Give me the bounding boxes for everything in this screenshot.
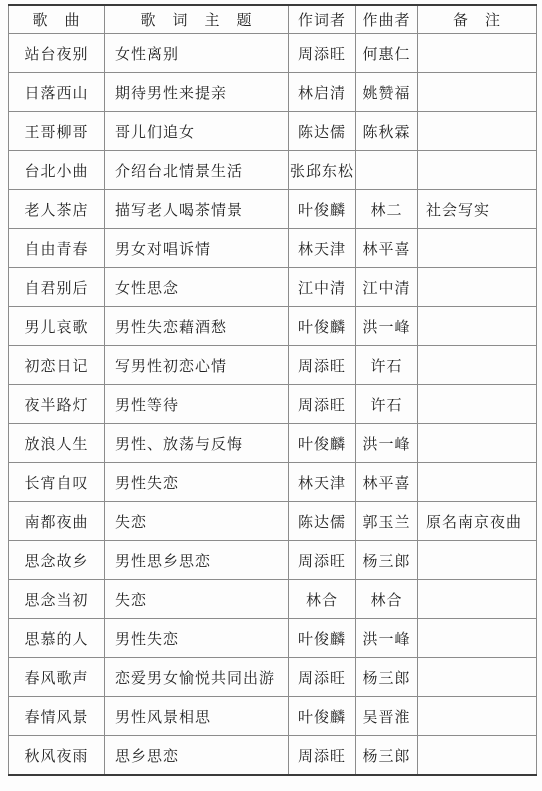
table-cell: 张邱东松 xyxy=(289,151,356,190)
table-cell: 林启清 xyxy=(289,73,356,112)
table-cell: 台北小曲 xyxy=(9,151,105,190)
table-cell: 日落西山 xyxy=(9,73,105,112)
table-cell: 男性等待 xyxy=(105,385,289,424)
table-cell: 南都夜曲 xyxy=(9,502,105,541)
table-cell: 洪一峰 xyxy=(356,619,418,658)
table-row: 台北小曲介绍台北情景生活张邱东松 xyxy=(9,151,537,190)
table-cell: 女性思念 xyxy=(105,268,289,307)
table-cell: 介绍台北情景生活 xyxy=(105,151,289,190)
table-cell: 期待男性来提亲 xyxy=(105,73,289,112)
table-cell xyxy=(418,736,537,776)
table-cell: 男性失恋 xyxy=(105,619,289,658)
table-cell: 男性风景相思 xyxy=(105,697,289,736)
table-cell: 周添旺 xyxy=(289,346,356,385)
table-row: 思念当初失恋林合林合 xyxy=(9,580,537,619)
table-row: 南都夜曲失恋陈达儒郭玉兰原名南京夜曲 xyxy=(9,502,537,541)
table-row: 站台夜别女性离别周添旺何惠仁 xyxy=(9,34,537,73)
table-cell: 失恋 xyxy=(105,502,289,541)
table-row: 自君别后女性思念江中清江中清 xyxy=(9,268,537,307)
table-cell: 林天津 xyxy=(289,229,356,268)
table-cell: 林二 xyxy=(356,190,418,229)
table-cell: 林天津 xyxy=(289,463,356,502)
table-cell: 林合 xyxy=(356,580,418,619)
table-row: 王哥柳哥哥儿们追女陈达儒陈秋霖 xyxy=(9,112,537,151)
table-cell: 自君别后 xyxy=(9,268,105,307)
table-cell: 林平喜 xyxy=(356,229,418,268)
table-cell: 失恋 xyxy=(105,580,289,619)
table-cell xyxy=(418,112,537,151)
table-cell: 叶俊麟 xyxy=(289,307,356,346)
table-cell: 男性、放荡与反悔 xyxy=(105,424,289,463)
table-cell: 洪一峰 xyxy=(356,307,418,346)
table-cell xyxy=(418,307,537,346)
table-cell xyxy=(418,619,537,658)
table-cell: 洪一峰 xyxy=(356,424,418,463)
header-row: 歌 曲歌 词 主 题作词者作曲者备 注 xyxy=(9,5,537,34)
table-row: 思慕的人男性失恋叶俊麟洪一峰 xyxy=(9,619,537,658)
column-header: 作曲者 xyxy=(356,5,418,34)
table-row: 老人茶店描写老人喝茶情景叶俊麟林二社会写实 xyxy=(9,190,537,229)
table-cell xyxy=(418,463,537,502)
table-cell: 杨三郎 xyxy=(356,736,418,776)
table-cell: 周添旺 xyxy=(289,736,356,776)
table-cell: 陈秋霖 xyxy=(356,112,418,151)
table-cell: 描写老人喝茶情景 xyxy=(105,190,289,229)
table-cell: 老人茶店 xyxy=(9,190,105,229)
column-header: 作词者 xyxy=(289,5,356,34)
table-cell: 站台夜别 xyxy=(9,34,105,73)
table-cell xyxy=(418,658,537,697)
table-cell xyxy=(418,424,537,463)
table-cell: 春情风景 xyxy=(9,697,105,736)
table-cell: 初恋日记 xyxy=(9,346,105,385)
table-cell: 杨三郎 xyxy=(356,658,418,697)
table-cell: 自由青春 xyxy=(9,229,105,268)
table-cell: 杨三郎 xyxy=(356,541,418,580)
table-cell: 男性失恋 xyxy=(105,463,289,502)
table-cell: 春风歌声 xyxy=(9,658,105,697)
table-cell: 许石 xyxy=(356,346,418,385)
table-cell: 江中清 xyxy=(356,268,418,307)
table-cell: 周添旺 xyxy=(289,385,356,424)
column-header: 歌 词 主 题 xyxy=(105,5,289,34)
table-cell: 哥儿们追女 xyxy=(105,112,289,151)
table-cell: 陈达儒 xyxy=(289,502,356,541)
table-row: 春情风景男性风景相思叶俊麟吴晋淮 xyxy=(9,697,537,736)
table-row: 男儿哀歌男性失恋藉酒愁叶俊麟洪一峰 xyxy=(9,307,537,346)
table-cell xyxy=(418,580,537,619)
column-header: 备 注 xyxy=(418,5,537,34)
table-cell: 江中清 xyxy=(289,268,356,307)
table-cell: 姚赞福 xyxy=(356,73,418,112)
table-row: 初恋日记写男性初恋心情周添旺许石 xyxy=(9,346,537,385)
table-row: 春风歌声恋爱男女愉悦共同出游周添旺杨三郎 xyxy=(9,658,537,697)
table-cell: 长宵自叹 xyxy=(9,463,105,502)
table-cell: 男性思乡思恋 xyxy=(105,541,289,580)
table-cell: 陈达儒 xyxy=(289,112,356,151)
table-cell xyxy=(418,73,537,112)
table-row: 自由青春男女对唱诉情林天津林平喜 xyxy=(9,229,537,268)
table-cell: 思念当初 xyxy=(9,580,105,619)
table-cell: 王哥柳哥 xyxy=(9,112,105,151)
table-cell: 林平喜 xyxy=(356,463,418,502)
table-cell xyxy=(418,385,537,424)
table-cell xyxy=(418,346,537,385)
song-table-header: 歌 曲歌 词 主 题作词者作曲者备 注 xyxy=(9,5,537,34)
table-cell: 吴晋淮 xyxy=(356,697,418,736)
table-cell xyxy=(418,697,537,736)
table-cell: 秋风夜雨 xyxy=(9,736,105,776)
table-cell: 放浪人生 xyxy=(9,424,105,463)
table-row: 夜半路灯男性等待周添旺许石 xyxy=(9,385,537,424)
table-cell xyxy=(418,268,537,307)
song-table-body: 站台夜别女性离别周添旺何惠仁日落西山期待男性来提亲林启清姚赞福王哥柳哥哥儿们追女… xyxy=(9,34,537,776)
table-cell: 思念故乡 xyxy=(9,541,105,580)
table-cell: 男女对唱诉情 xyxy=(105,229,289,268)
table-cell xyxy=(418,34,537,73)
table-row: 日落西山期待男性来提亲林启清姚赞福 xyxy=(9,73,537,112)
table-cell xyxy=(418,229,537,268)
table-cell: 思乡思恋 xyxy=(105,736,289,776)
table-cell xyxy=(418,151,537,190)
table-cell: 恋爱男女愉悦共同出游 xyxy=(105,658,289,697)
table-cell: 女性离别 xyxy=(105,34,289,73)
table-cell: 男性失恋藉酒愁 xyxy=(105,307,289,346)
table-cell: 许石 xyxy=(356,385,418,424)
table-cell: 林合 xyxy=(289,580,356,619)
song-table: 歌 曲歌 词 主 题作词者作曲者备 注 站台夜别女性离别周添旺何惠仁日落西山期待… xyxy=(8,4,537,776)
table-cell xyxy=(356,151,418,190)
table-cell: 周添旺 xyxy=(289,541,356,580)
table-cell: 原名南京夜曲 xyxy=(418,502,537,541)
table-cell: 叶俊麟 xyxy=(289,697,356,736)
table-cell: 叶俊麟 xyxy=(289,190,356,229)
table-cell: 叶俊麟 xyxy=(289,424,356,463)
table-row: 长宵自叹男性失恋林天津林平喜 xyxy=(9,463,537,502)
table-cell: 思慕的人 xyxy=(9,619,105,658)
table-cell: 叶俊麟 xyxy=(289,619,356,658)
table-row: 思念故乡男性思乡思恋周添旺杨三郎 xyxy=(9,541,537,580)
table-cell: 写男性初恋心情 xyxy=(105,346,289,385)
table-cell xyxy=(418,541,537,580)
table-cell: 郭玉兰 xyxy=(356,502,418,541)
table-cell: 夜半路灯 xyxy=(9,385,105,424)
table-row: 放浪人生男性、放荡与反悔叶俊麟洪一峰 xyxy=(9,424,537,463)
table-cell: 社会写实 xyxy=(418,190,537,229)
document-page: 歌 曲歌 词 主 题作词者作曲者备 注 站台夜别女性离别周添旺何惠仁日落西山期待… xyxy=(0,0,542,791)
column-header: 歌 曲 xyxy=(9,5,105,34)
table-cell: 周添旺 xyxy=(289,658,356,697)
table-cell: 何惠仁 xyxy=(356,34,418,73)
table-cell: 男儿哀歌 xyxy=(9,307,105,346)
table-row: 秋风夜雨思乡思恋周添旺杨三郎 xyxy=(9,736,537,776)
table-cell: 周添旺 xyxy=(289,34,356,73)
